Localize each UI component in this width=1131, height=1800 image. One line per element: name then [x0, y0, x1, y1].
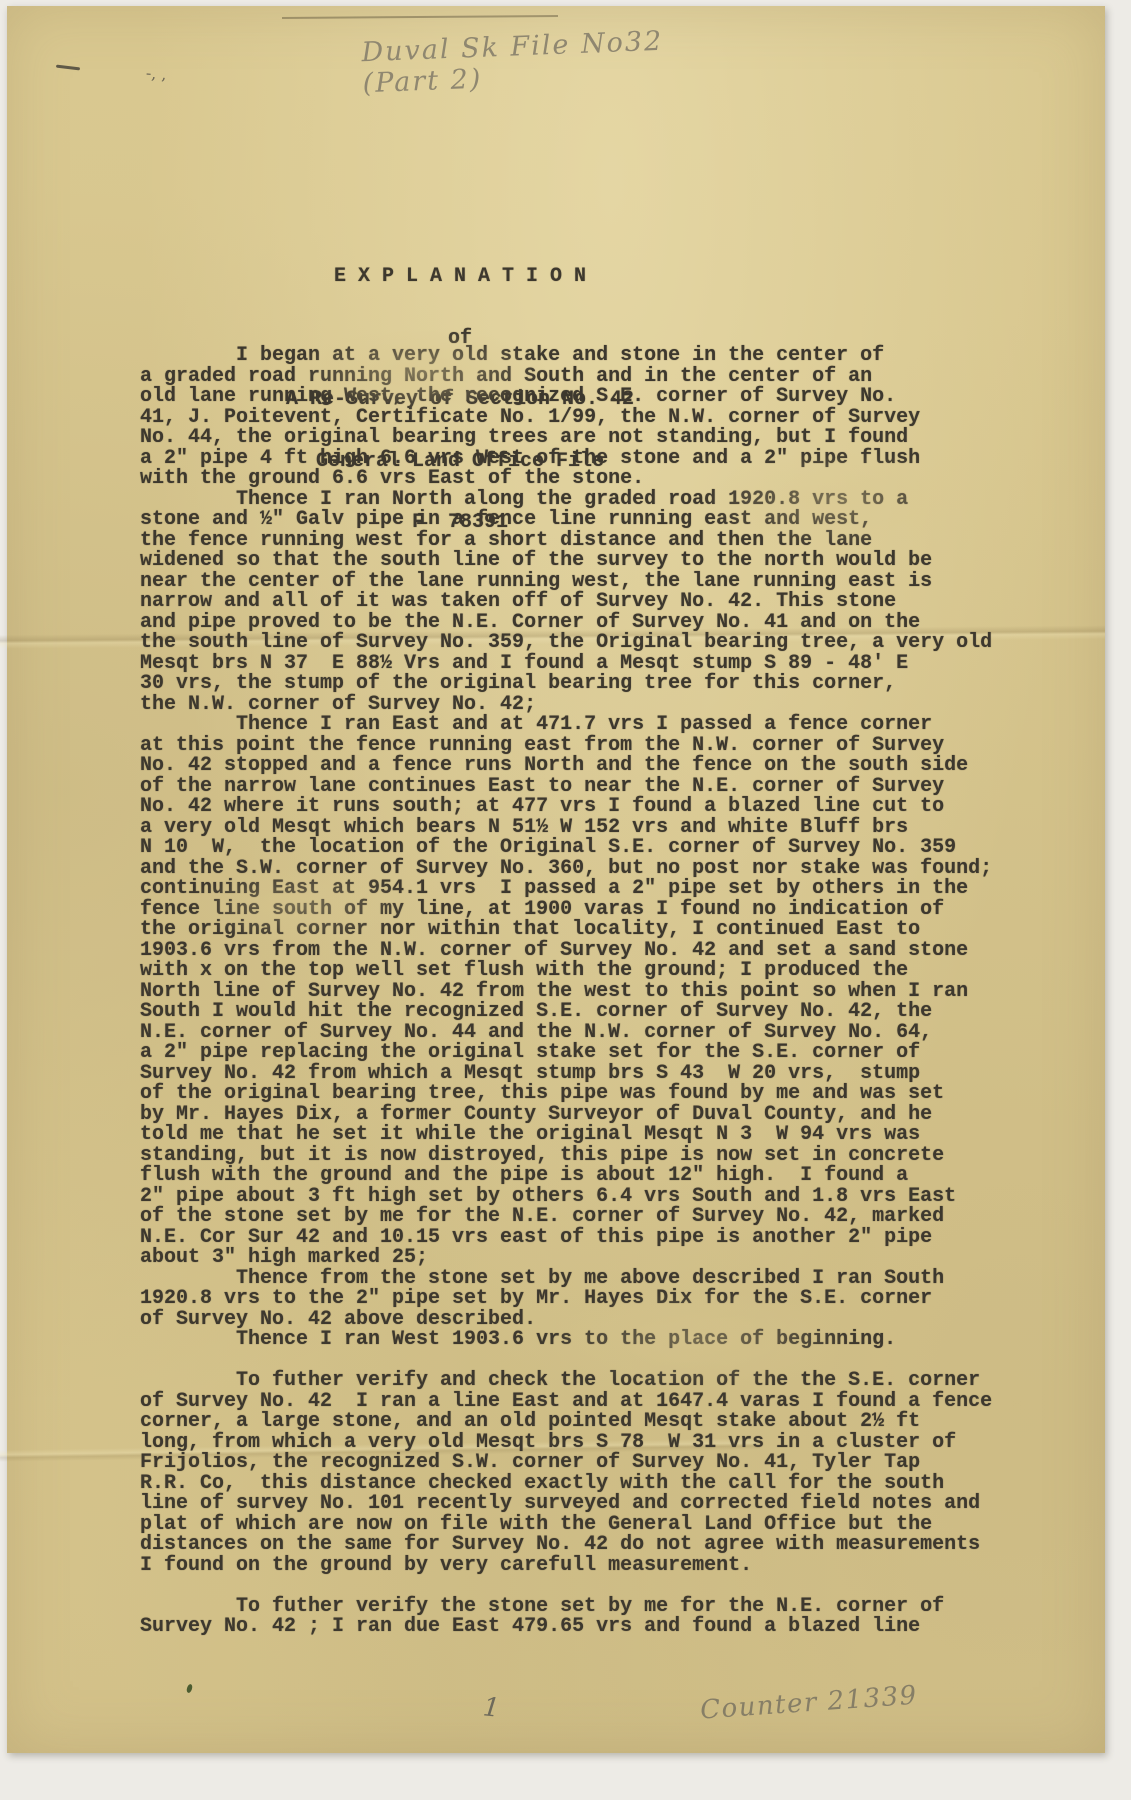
title-line-explanation: E X P L A N A T I O N — [140, 267, 780, 288]
document-body-text: I began at a very old stake and stone in… — [140, 346, 992, 1638]
pencil-tick-mark: -, , — [145, 63, 167, 83]
scanned-document: -, , Duval Sk File No32 (Part 2) E X P L… — [0, 0, 1131, 1800]
handwritten-page-number: 1 — [481, 1692, 501, 1724]
